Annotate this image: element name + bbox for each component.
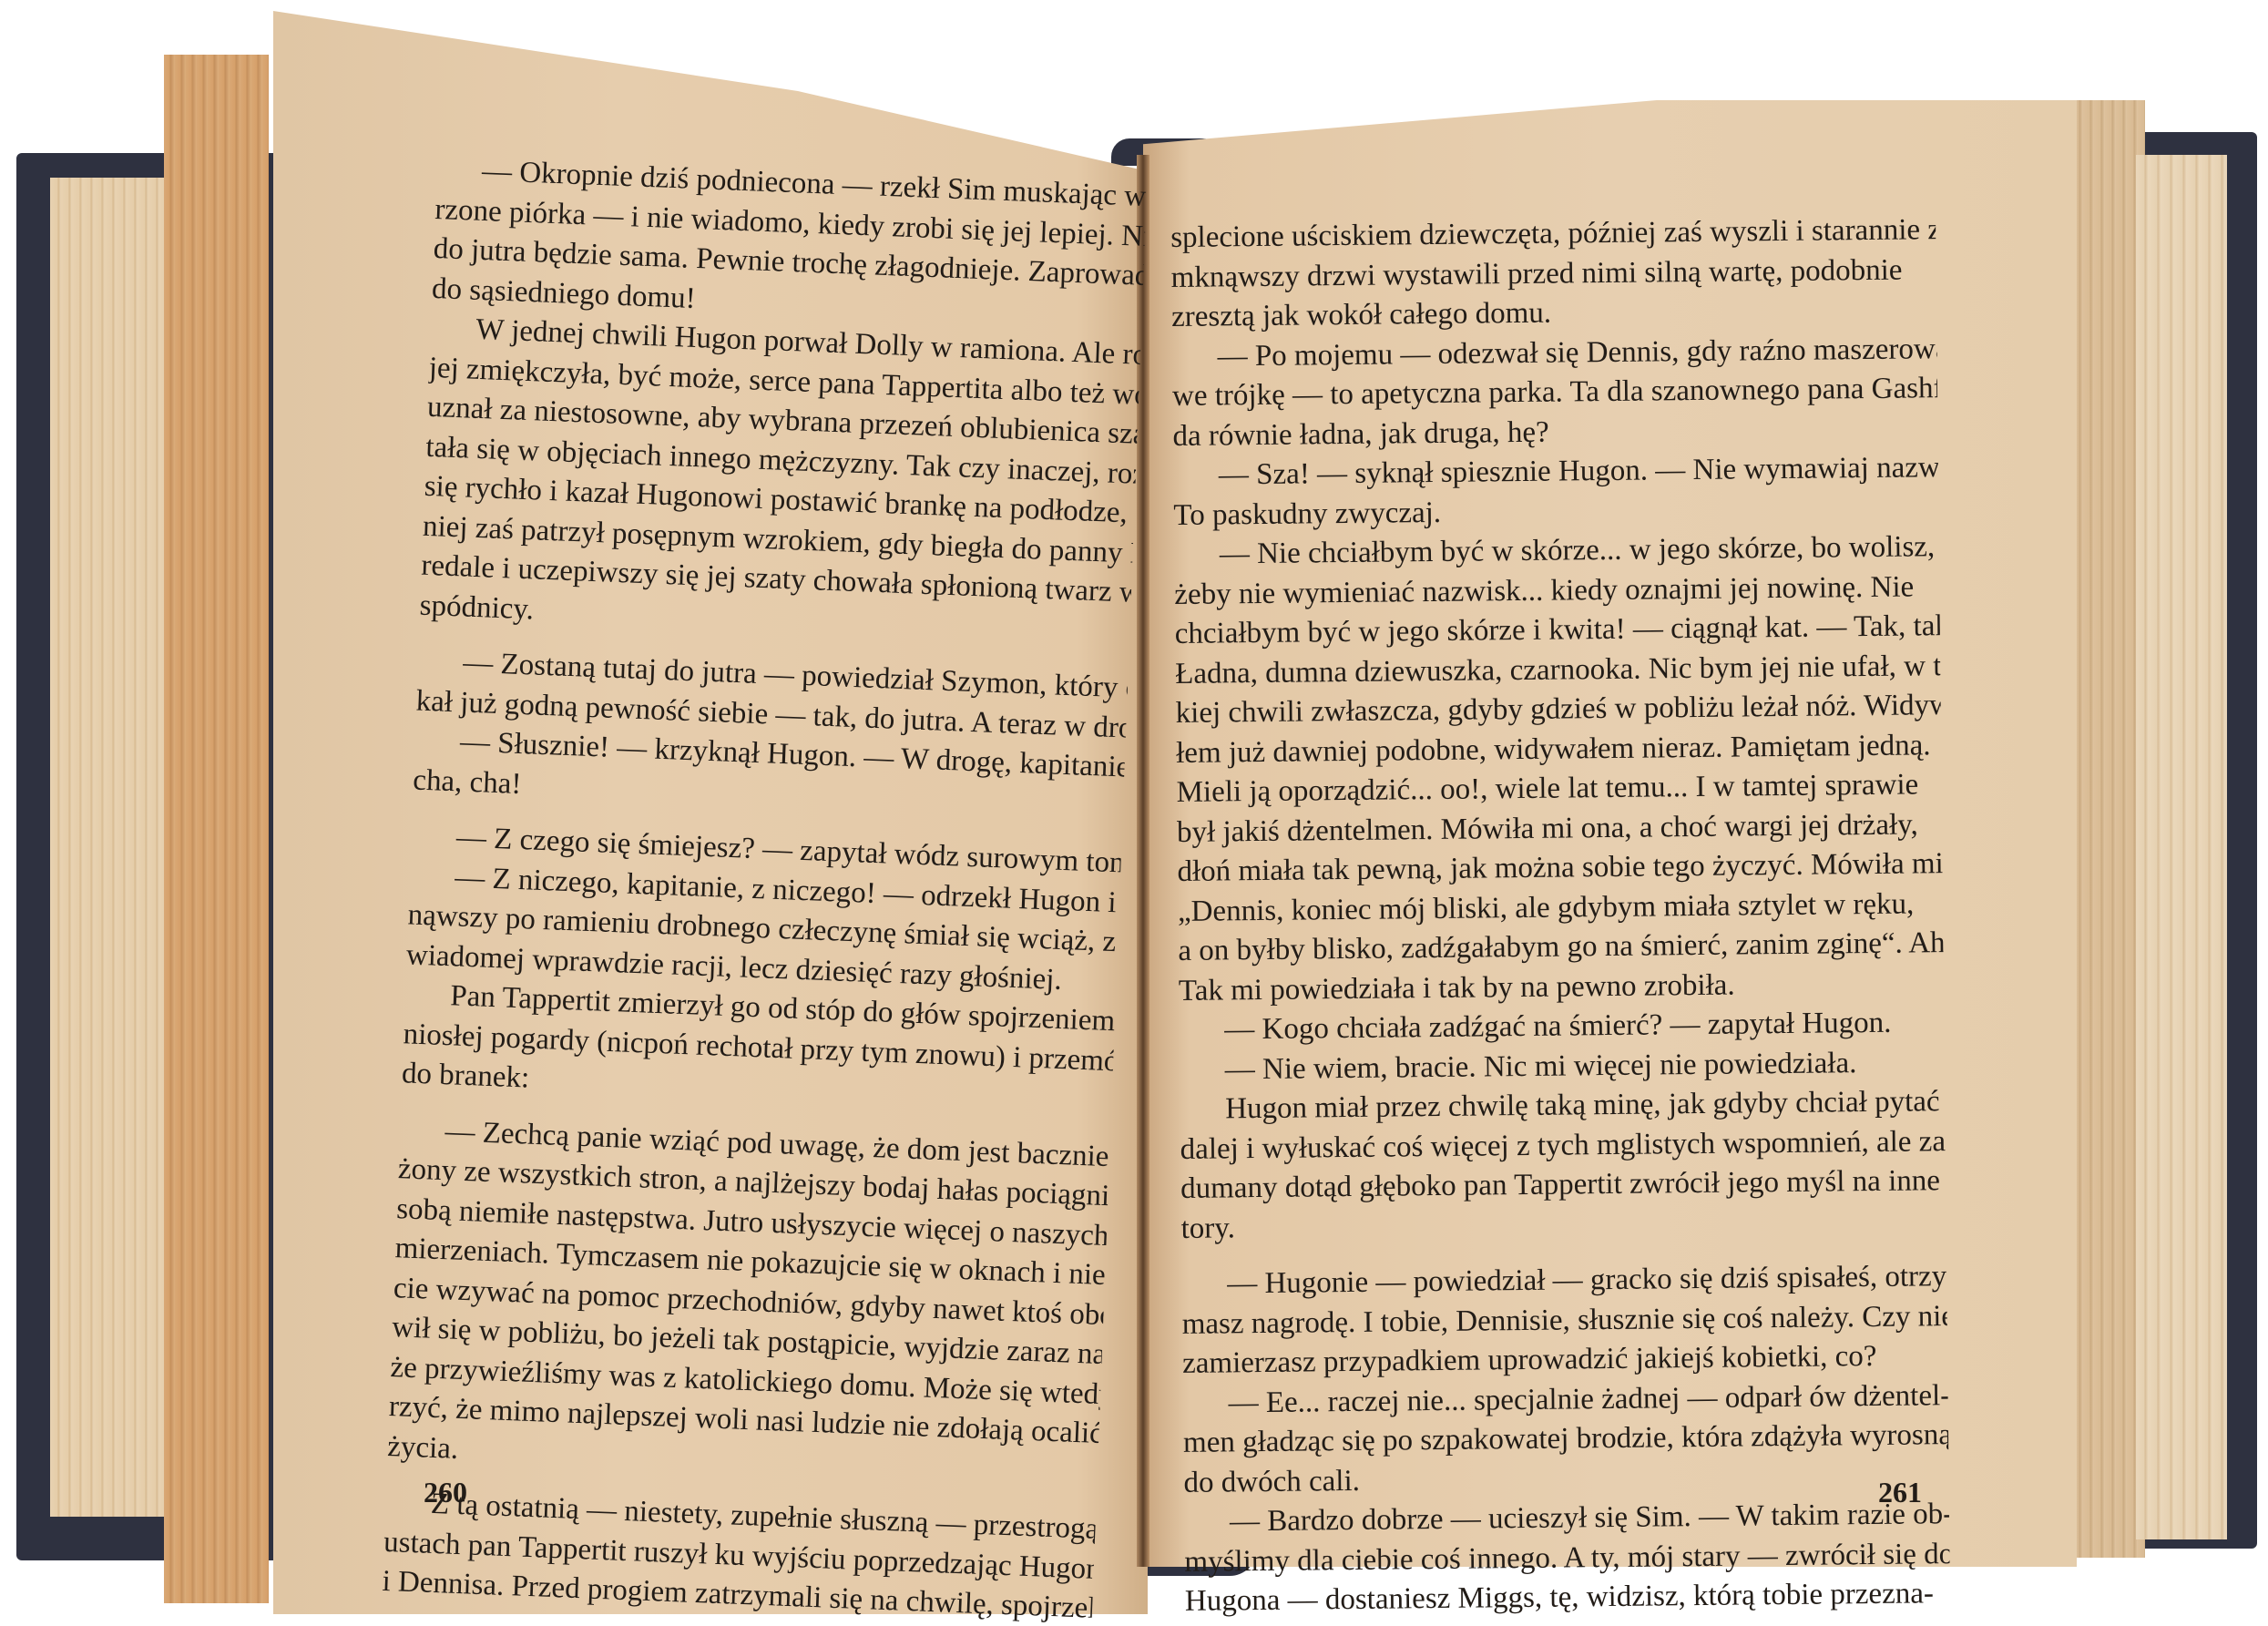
- text-line: — Sza! — syknął spiesznie Hugon. — Nie w…: [1173, 448, 1938, 496]
- page-stack-right-outer: [2136, 155, 2227, 1539]
- page-stack-right-inner: [2072, 100, 2145, 1558]
- text-line: Hugona — dostaniesz Miggs, tę, widzisz, …: [1185, 1574, 1950, 1621]
- page-stack-left-outer: [50, 178, 169, 1517]
- page-number-right: 261: [1878, 1476, 1922, 1509]
- text-line: mknąwszy drzwi wystawili przed nimi siln…: [1170, 251, 1936, 298]
- text-line: we trójkę — to apetyczna parka. Ta dla s…: [1172, 369, 1937, 416]
- page-number-left: 260: [424, 1476, 467, 1509]
- text-line: men gładząc się po szpakowatej brodzie, …: [1183, 1416, 1948, 1463]
- left-page-text: — Okropnie dziś podniecona — rzekł Sim m…: [382, 150, 1148, 1626]
- text-line: a on byłby blisko, zadźgałabym go na śmi…: [1178, 924, 1943, 971]
- text-line: dumany dotąd głęboko pan Tappertit zwróc…: [1180, 1161, 1946, 1209]
- page-stack-left-inner: [164, 55, 269, 1603]
- right-page-text: splecione uściskiem dziewczęta, później …: [1170, 210, 1950, 1621]
